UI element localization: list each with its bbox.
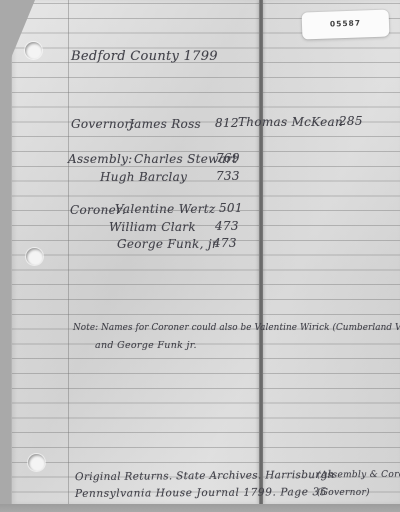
document-scan: 05587 Bedford County 1799 Governor: Jame… bbox=[0, 0, 400, 512]
page-title: Bedford County 1799 bbox=[71, 49, 218, 64]
punch-hole-bottom bbox=[28, 454, 45, 471]
candidate-name: Hugh Barclay bbox=[100, 170, 187, 184]
note-line: and George Funk jr. bbox=[95, 340, 197, 351]
candidate-name: Valentine Wertz bbox=[115, 202, 216, 216]
vote-count: 812 bbox=[215, 116, 239, 130]
left-margin-line bbox=[68, 0, 69, 504]
source-citation: Pennsylvania House Journal 1799. Page 35 bbox=[75, 486, 327, 500]
source-scope: (Assembly & Coroner) bbox=[317, 470, 400, 481]
office-label-governor: Governor: bbox=[71, 117, 135, 131]
catalog-number: 05587 bbox=[330, 18, 361, 28]
vote-count: 733 bbox=[216, 169, 240, 183]
office-label-assembly: Assembly: bbox=[68, 152, 133, 166]
vote-count: 769 bbox=[216, 151, 240, 165]
ruled-lines bbox=[12, 3, 400, 504]
vote-count: 473 bbox=[213, 236, 237, 250]
candidate-name: Thomas McKean bbox=[238, 115, 343, 129]
source-citation: Original Returns. State Archives. Harris… bbox=[75, 469, 335, 483]
note-line: Note: Names for Coroner could also be Va… bbox=[73, 323, 400, 333]
candidate-name: George Funk, jr bbox=[117, 237, 218, 251]
vote-count: 473 bbox=[215, 219, 239, 233]
vote-count: 285 bbox=[339, 114, 363, 128]
source-scope: (Governor) bbox=[317, 488, 370, 498]
candidate-name: William Clark bbox=[109, 220, 196, 234]
punch-hole-middle bbox=[26, 248, 43, 265]
page-fold-line bbox=[259, 0, 263, 504]
candidate-name: James Ross bbox=[129, 117, 201, 131]
vote-count: 501 bbox=[219, 201, 243, 215]
catalog-sticker: 05587 bbox=[302, 9, 390, 39]
scan-bed-bottom bbox=[0, 504, 400, 512]
paper-sheet: 05587 Bedford County 1799 Governor: Jame… bbox=[11, 0, 400, 504]
paper-corner-shadow bbox=[11, 0, 35, 58]
